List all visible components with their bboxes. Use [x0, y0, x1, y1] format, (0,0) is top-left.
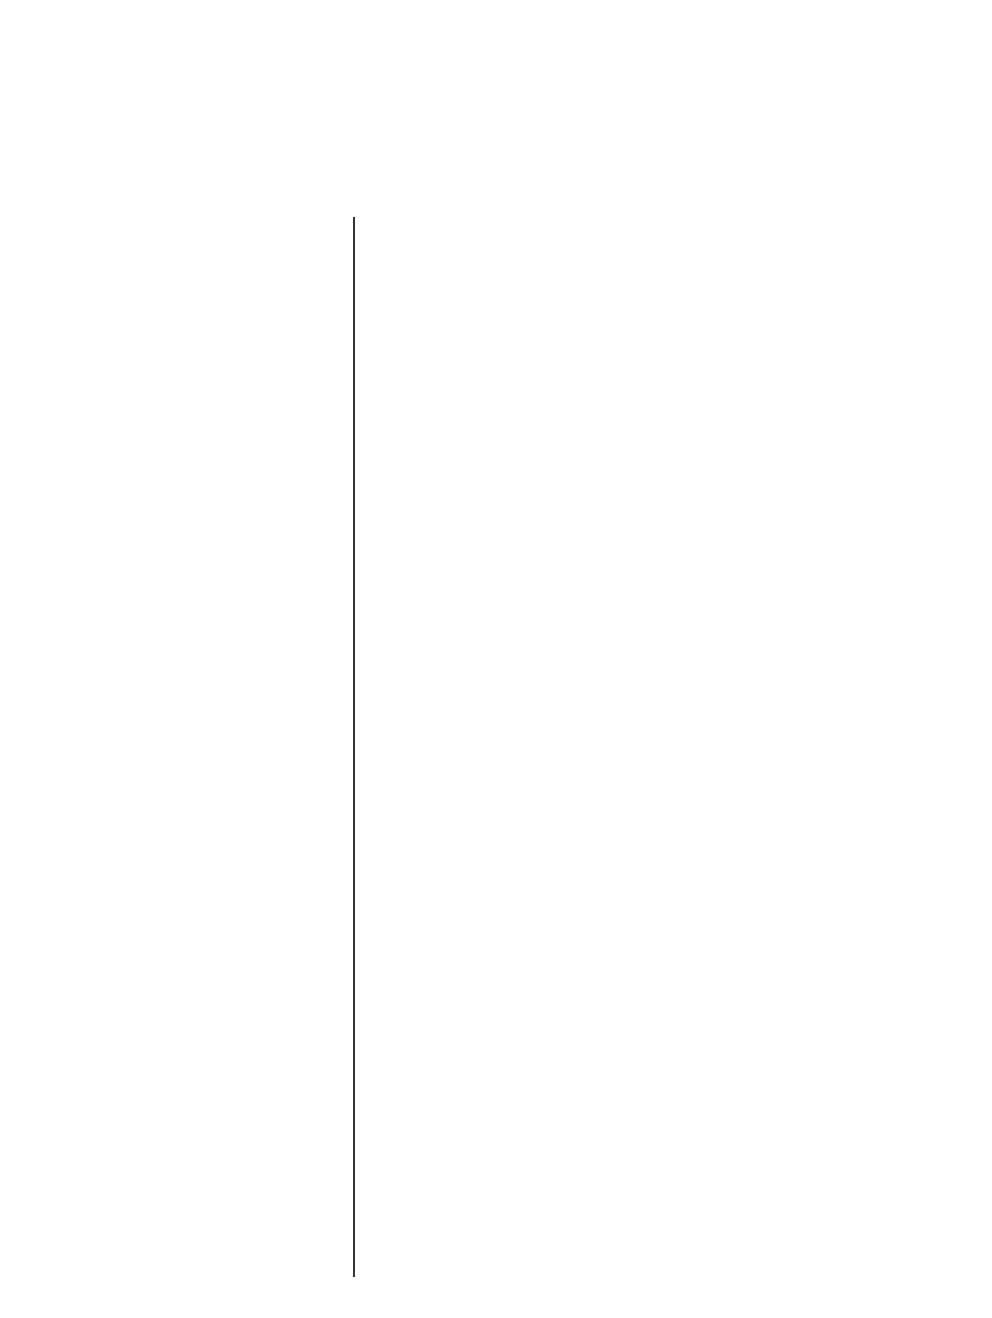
- masthead: [40, 219, 345, 261]
- column-divider: [353, 217, 355, 1277]
